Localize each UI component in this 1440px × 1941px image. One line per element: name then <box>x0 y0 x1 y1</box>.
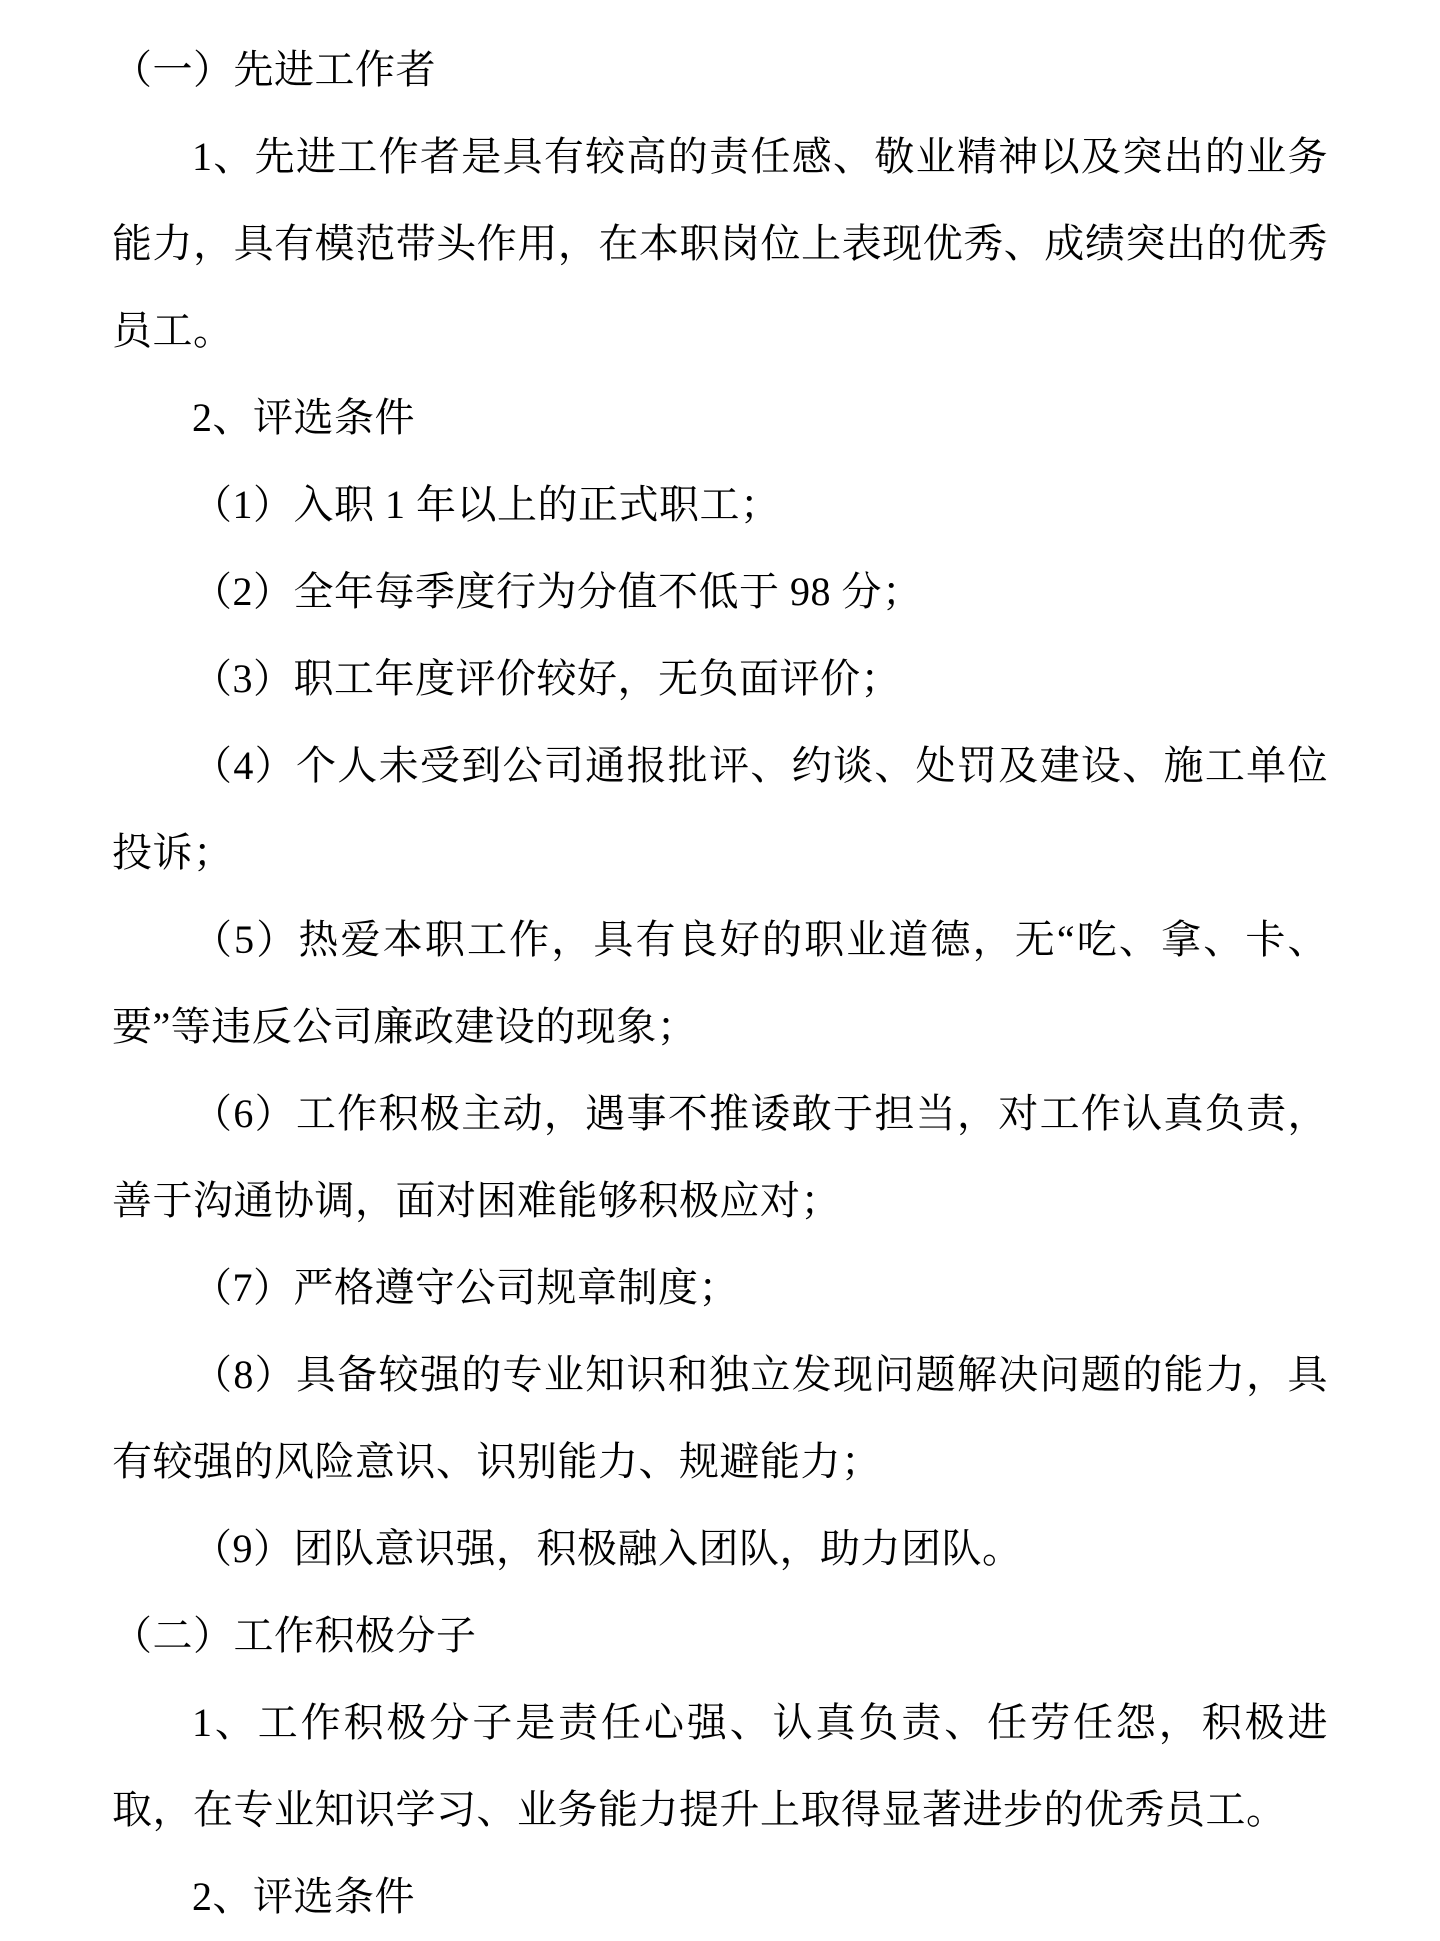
paragraph: 2、评选条件 <box>112 1853 1328 1940</box>
paragraph: （5）热爱本职工作，具有良好的职业道德，无“吃、拿、卡、要”等违反公司廉政建设的… <box>112 896 1328 1070</box>
paragraph: （9）团队意识强，积极融入团队，助力团队。 <box>112 1505 1328 1592</box>
paragraph: （3）职工年度评价较好，无负面评价； <box>112 635 1328 722</box>
paragraph: （2）全年每季度行为分值不低于 98 分； <box>112 548 1328 635</box>
document-body: （一）先进工作者1、先进工作者是具有较高的责任感、敬业精神以及突出的业务能力，具… <box>112 26 1328 1940</box>
paragraph: （二）工作积极分子 <box>112 1592 1328 1679</box>
paragraph: （一）先进工作者 <box>112 26 1328 113</box>
paragraph: （8）具备较强的专业知识和独立发现问题解决问题的能力，具有较强的风险意识、识别能… <box>112 1331 1328 1505</box>
paragraph: 1、先进工作者是具有较高的责任感、敬业精神以及突出的业务能力，具有模范带头作用，… <box>112 113 1328 374</box>
paragraph: （1）入职 1 年以上的正式职工； <box>112 461 1328 548</box>
paragraph: 1、工作积极分子是责任心强、认真负责、任劳任怨，积极进取，在专业知识学习、业务能… <box>112 1679 1328 1853</box>
paragraph: （6）工作积极主动，遇事不推诿敢于担当，对工作认真负责，善于沟通协调，面对困难能… <box>112 1070 1328 1244</box>
document-page: （一）先进工作者1、先进工作者是具有较高的责任感、敬业精神以及突出的业务能力，具… <box>0 0 1440 1941</box>
paragraph: （4）个人未受到公司通报批评、约谈、处罚及建设、施工单位投诉； <box>112 722 1328 896</box>
paragraph: （7）严格遵守公司规章制度； <box>112 1244 1328 1331</box>
paragraph: 2、评选条件 <box>112 374 1328 461</box>
